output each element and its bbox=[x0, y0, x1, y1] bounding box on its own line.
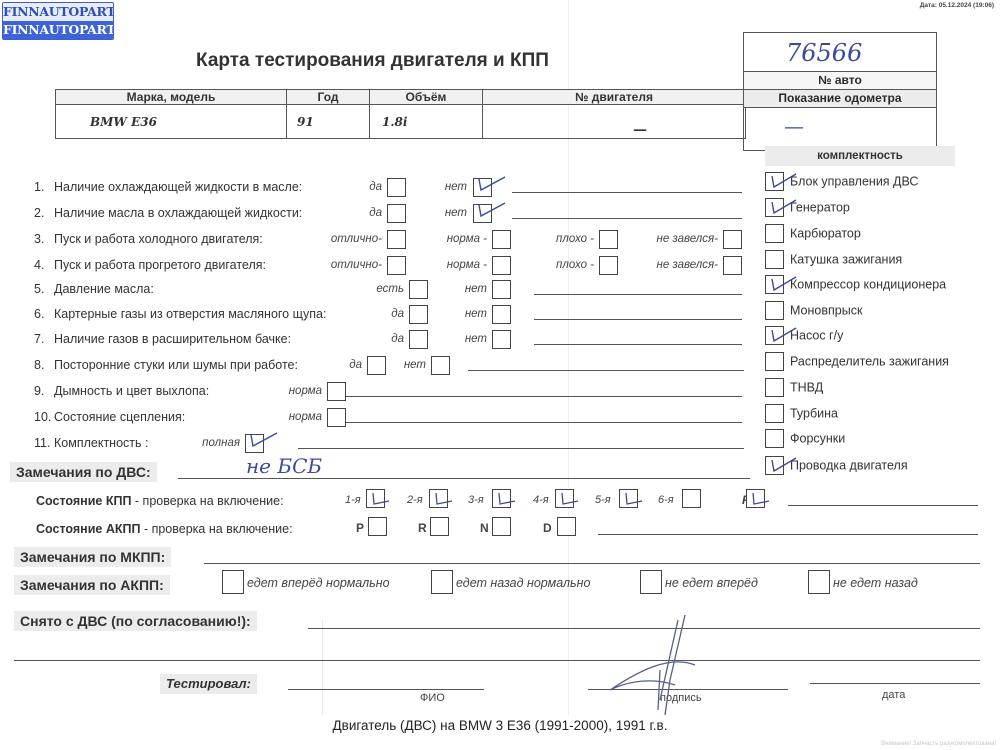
check-row: 1.Наличие охлаждающей жидкости в масле: bbox=[34, 177, 302, 197]
col-header-year: Год bbox=[287, 90, 370, 105]
check-row: 3.Пуск и работа холодного двигателя: bbox=[34, 229, 263, 249]
option-checkbox[interactable] bbox=[327, 408, 346, 427]
logo-line-2: FINNAUTOPARTS bbox=[3, 21, 113, 39]
komplektnost-checkbox[interactable] bbox=[765, 378, 784, 397]
odometer-cell: — bbox=[744, 108, 936, 150]
car-number-value: 76566 bbox=[786, 39, 862, 67]
check-number: 2. bbox=[34, 203, 54, 223]
option-label: есть bbox=[376, 279, 404, 299]
option-label: нет bbox=[404, 355, 426, 375]
akpp-remark-checkbox[interactable] bbox=[222, 570, 244, 594]
komplektnost-label: ТНВД bbox=[790, 381, 823, 395]
check-remarks-line[interactable] bbox=[468, 370, 744, 371]
gear-checkbox[interactable] bbox=[682, 489, 701, 508]
komplektnost-item[interactable]: Компрессор кондиционера bbox=[765, 274, 946, 294]
date-caption: дата bbox=[882, 689, 905, 701]
kpp-remarks-line bbox=[788, 505, 978, 506]
option-label: плохо - bbox=[556, 229, 594, 249]
check-row: 9.Дымность и цвет выхлопа: bbox=[34, 381, 209, 401]
option-checkbox[interactable] bbox=[387, 204, 406, 223]
remarks-akpp-label: Замечания по АКПП: bbox=[14, 575, 170, 595]
option-label: норма - bbox=[447, 255, 487, 275]
watermark: Внимание! Запчасть разукомплектована! bbox=[881, 741, 996, 747]
komplektnost-checkbox[interactable] bbox=[765, 326, 784, 345]
option-label: нет bbox=[465, 279, 487, 299]
komplektnost-checkbox[interactable] bbox=[765, 275, 784, 294]
option-checkbox[interactable] bbox=[245, 434, 264, 453]
check-label: Наличие масла в охлаждающей жидкости: bbox=[54, 206, 302, 220]
komplektnost-checkbox[interactable] bbox=[765, 224, 784, 243]
akpp-mode-checkbox[interactable] bbox=[430, 517, 449, 536]
odometer-label: Показание одометра bbox=[744, 90, 936, 108]
komplektnost-item[interactable]: Распределитель зажигания bbox=[765, 351, 949, 371]
date-line[interactable] bbox=[810, 683, 980, 684]
option-label: да bbox=[391, 304, 404, 324]
option-checkbox[interactable] bbox=[473, 204, 492, 223]
check-number: 1. bbox=[34, 177, 54, 197]
kpp-label-rest: - проверка на включение: bbox=[131, 494, 283, 508]
check-label: Пуск и работа прогретого двигателя: bbox=[54, 258, 266, 272]
check-number: 7. bbox=[34, 329, 54, 349]
check-remarks-line[interactable] bbox=[346, 396, 742, 397]
akpp-label-bold: Состояние АКПП bbox=[36, 522, 140, 536]
akpp-remarks-line bbox=[598, 534, 978, 535]
option-checkbox[interactable] bbox=[387, 230, 406, 249]
komplektnost-item[interactable]: Проводка двигателя bbox=[765, 455, 908, 475]
fio-line[interactable] bbox=[288, 689, 484, 690]
komplektnost-label: Карбюратор bbox=[790, 227, 861, 241]
check-row: 6.Картерные газы из отверстия масляного … bbox=[34, 304, 326, 324]
komplektnost-checkbox[interactable] bbox=[765, 404, 784, 423]
option-checkbox[interactable] bbox=[387, 178, 406, 197]
gear-label: 4-я bbox=[533, 490, 549, 510]
akpp-remark-checkbox[interactable] bbox=[808, 570, 830, 594]
gear-checkbox[interactable] bbox=[492, 489, 511, 508]
gear-label: 6-я bbox=[658, 490, 674, 510]
akpp-label-rest: - проверка на включение: bbox=[140, 522, 292, 536]
check-number: 8. bbox=[34, 355, 54, 375]
check-number: 9. bbox=[34, 381, 54, 401]
option-label: нет bbox=[465, 304, 487, 324]
akpp-mode-label: N bbox=[480, 518, 489, 538]
remarks-mkpp-line[interactable] bbox=[204, 563, 980, 564]
paper-fold bbox=[322, 620, 323, 715]
gear-label: 3-я bbox=[468, 490, 484, 510]
option-checkbox[interactable] bbox=[387, 256, 406, 275]
check-number: 11. bbox=[34, 433, 54, 453]
option-label: отлично- bbox=[331, 255, 382, 275]
option-label: нет bbox=[445, 177, 467, 197]
check-label: Дымность и цвет выхлопа: bbox=[54, 384, 209, 398]
komplektnost-item[interactable]: Генератор bbox=[765, 197, 850, 217]
option-label: нет bbox=[465, 329, 487, 349]
vehicle-info-table: Марка, модель Год Объём № двигателя BMW … bbox=[55, 89, 746, 139]
option-checkbox[interactable] bbox=[367, 356, 386, 375]
option-checkbox[interactable] bbox=[599, 230, 618, 249]
option-checkbox[interactable] bbox=[492, 330, 511, 349]
check-remarks-line[interactable] bbox=[512, 192, 742, 193]
check-row: 10.Состояние сцепления: bbox=[34, 407, 185, 427]
option-label: норма bbox=[289, 407, 322, 427]
option-checkbox[interactable] bbox=[327, 382, 346, 401]
option-label: да bbox=[369, 177, 382, 197]
logo-line-1: FINNAUTOPARTS bbox=[3, 3, 113, 21]
option-checkbox[interactable] bbox=[492, 280, 511, 299]
check-remarks-line[interactable] bbox=[534, 319, 742, 320]
akpp-remark-checkbox[interactable] bbox=[640, 570, 662, 594]
odometer-value: — bbox=[784, 114, 804, 138]
remarks-engine-line bbox=[178, 478, 750, 479]
option-checkbox[interactable] bbox=[409, 280, 428, 299]
gear-label: 1-я bbox=[345, 490, 361, 510]
brand-logo[interactable]: FINNAUTOPARTS FINNAUTOPARTS bbox=[2, 2, 114, 40]
option-checkbox[interactable] bbox=[409, 330, 428, 349]
komplektnost-label: Генератор bbox=[790, 201, 850, 215]
komplektnost-checkbox[interactable] bbox=[765, 429, 784, 448]
komplektnost-label: Компрессор кондиционера bbox=[790, 278, 946, 292]
option-checkbox[interactable] bbox=[473, 178, 492, 197]
check-label: Комплектность : bbox=[54, 436, 148, 450]
option-checkbox[interactable] bbox=[599, 256, 618, 275]
komplektnost-item[interactable]: Катушка зажигания bbox=[765, 249, 902, 269]
komplektnost-checkbox[interactable] bbox=[765, 301, 784, 320]
check-label: Давление масла: bbox=[54, 282, 154, 296]
check-label: Наличие газов в расширительном бачке: bbox=[54, 332, 291, 346]
check-label: Картерные газы из отверстия масляного щу… bbox=[54, 307, 326, 321]
komplektnost-checkbox[interactable] bbox=[765, 198, 784, 217]
option-label: не завелся- bbox=[656, 255, 718, 275]
remarks-mkpp-label: Замечания по МКПП: bbox=[14, 547, 171, 567]
option-checkbox[interactable] bbox=[492, 256, 511, 275]
page-title: Карта тестирования двигателя и КПП bbox=[196, 50, 549, 72]
check-remarks-line[interactable] bbox=[534, 294, 742, 295]
akpp-remark-label: не едет назад bbox=[833, 573, 918, 593]
datestamp: Дата: 05.12.2024 (19:06) bbox=[920, 2, 994, 9]
check-label: Состояние сцепления: bbox=[54, 410, 185, 424]
komplektnost-label: Катушка зажигания bbox=[790, 253, 902, 267]
check-remarks-line[interactable] bbox=[512, 218, 742, 219]
kpp-label-bold: Состояние КПП bbox=[36, 494, 131, 508]
akpp-mode-checkbox[interactable] bbox=[557, 517, 576, 536]
option-checkbox[interactable] bbox=[492, 305, 511, 324]
akpp-mode-label: R bbox=[418, 518, 427, 538]
check-label: Посторонние стуки или шумы при работе: bbox=[54, 358, 298, 372]
tested-label: Тестировал: bbox=[160, 674, 257, 694]
akpp-mode-checkbox[interactable] bbox=[492, 517, 511, 536]
check-label: Пуск и работа холодного двигателя: bbox=[54, 232, 263, 246]
akpp-remark-label: едет назад нормально bbox=[456, 573, 590, 593]
option-label: да bbox=[349, 355, 362, 375]
option-label: нет bbox=[445, 203, 467, 223]
option-label: норма bbox=[289, 381, 322, 401]
check-number: 6. bbox=[34, 304, 54, 324]
check-row: 5.Давление масла: bbox=[34, 279, 154, 299]
komplektnost-item[interactable]: Блок управления ДВС bbox=[765, 171, 918, 191]
akpp-remark-checkbox[interactable] bbox=[431, 570, 453, 594]
remarks-engine-value[interactable]: не БСБ bbox=[246, 454, 322, 478]
col-header-model: Марка, модель bbox=[56, 90, 287, 105]
check-number: 10. bbox=[34, 407, 54, 427]
option-label: норма - bbox=[447, 229, 487, 249]
engine-number-value: — bbox=[483, 105, 746, 139]
komplektnost-item[interactable]: Моновпрыск bbox=[765, 300, 862, 320]
akpp-remark-label: не едет вперёд bbox=[665, 573, 758, 593]
gear-label: 2-я bbox=[407, 490, 423, 510]
check-remarks-line[interactable] bbox=[346, 422, 742, 423]
option-checkbox[interactable] bbox=[723, 256, 742, 275]
kpp-label: Состояние КПП - проверка на включение: bbox=[36, 491, 284, 511]
check-number: 5. bbox=[34, 279, 54, 299]
check-row: 8.Посторонние стуки или шумы при работе: bbox=[34, 355, 298, 375]
gear-checkbox[interactable] bbox=[746, 489, 765, 508]
car-info-box: 76566 № авто Показание одометра — bbox=[743, 32, 937, 151]
check-label: Наличие охлаждающей жидкости в масле: bbox=[54, 180, 302, 194]
komplektnost-label: Моновпрыск bbox=[790, 304, 862, 318]
komplektnost-label: Турбина bbox=[790, 407, 838, 421]
year-value: 91 bbox=[287, 105, 370, 139]
fio-caption: ФИО bbox=[420, 692, 445, 704]
komplektnost-label: Насос г/у bbox=[790, 329, 843, 343]
option-checkbox[interactable] bbox=[431, 356, 450, 375]
option-label: да bbox=[369, 203, 382, 223]
check-remarks-line[interactable] bbox=[298, 448, 744, 449]
komplektnost-checkbox[interactable] bbox=[765, 352, 784, 371]
gear-checkbox[interactable] bbox=[366, 489, 385, 508]
gear-label: 5-я bbox=[595, 490, 611, 510]
option-label: полная bbox=[202, 433, 240, 453]
komplektnost-item[interactable]: Турбина bbox=[765, 403, 838, 423]
removed-line-2[interactable] bbox=[14, 660, 980, 661]
akpp-label: Состояние АКПП - проверка на включение: bbox=[36, 519, 293, 539]
photo-caption: Двигатель (ДВС) на BMW 3 E36 (1991-2000)… bbox=[0, 718, 1000, 733]
check-row: 7.Наличие газов в расширительном бачке: bbox=[34, 329, 291, 349]
check-row: 4.Пуск и работа прогретого двигателя: bbox=[34, 255, 266, 275]
gear-checkbox[interactable] bbox=[619, 489, 638, 508]
akpp-mode-checkbox[interactable] bbox=[368, 517, 387, 536]
col-header-engine-number: № двигателя bbox=[483, 90, 746, 105]
komplektnost-item[interactable]: ТНВД bbox=[765, 377, 823, 397]
option-label: отлично- bbox=[331, 229, 382, 249]
komplektnost-heading: комплектность bbox=[765, 146, 955, 166]
option-checkbox[interactable] bbox=[492, 230, 511, 249]
check-remarks-line[interactable] bbox=[534, 344, 742, 345]
remarks-engine-label: Замечания по ДВС: bbox=[10, 462, 157, 482]
car-number-cell: 76566 bbox=[744, 33, 936, 72]
komplektnost-checkbox[interactable] bbox=[765, 172, 784, 191]
check-number: 3. bbox=[34, 229, 54, 249]
komplektnost-item[interactable]: Форсунки bbox=[765, 428, 845, 448]
komplektnost-item[interactable]: Насос г/у bbox=[765, 325, 843, 345]
option-checkbox[interactable] bbox=[723, 230, 742, 249]
volume-value: 1.8i bbox=[370, 105, 483, 139]
check-row: 11.Комплектность : bbox=[34, 433, 148, 453]
option-checkbox[interactable] bbox=[409, 305, 428, 324]
removed-label: Снято с ДВС (по согласованию!): bbox=[14, 611, 257, 631]
col-header-volume: Объём bbox=[370, 90, 483, 105]
signature-scribble bbox=[600, 610, 710, 720]
option-label: плохо - bbox=[556, 255, 594, 275]
komplektnost-label: Распределитель зажигания bbox=[790, 355, 949, 369]
check-number: 4. bbox=[34, 255, 54, 275]
gear-checkbox[interactable] bbox=[429, 489, 448, 508]
komplektnost-label: Форсунки bbox=[790, 432, 845, 446]
komplektnost-item[interactable]: Карбюратор bbox=[765, 223, 861, 243]
option-label: да bbox=[391, 329, 404, 349]
gear-checkbox[interactable] bbox=[555, 489, 574, 508]
car-number-label: № авто bbox=[744, 72, 936, 90]
model-value: BMW E36 bbox=[56, 105, 287, 139]
akpp-mode-label: D bbox=[543, 518, 552, 538]
komplektnost-label: Блок управления ДВС bbox=[790, 175, 918, 189]
option-label: не завелся- bbox=[656, 229, 718, 249]
check-row: 2.Наличие масла в охлаждающей жидкости: bbox=[34, 203, 302, 223]
komplektnost-label: Проводка двигателя bbox=[790, 459, 908, 473]
komplektnost-checkbox[interactable] bbox=[765, 456, 784, 475]
komplektnost-checkbox[interactable] bbox=[765, 250, 784, 269]
akpp-mode-label: P bbox=[356, 518, 364, 538]
akpp-remark-label: едет вперёд нормально bbox=[247, 573, 390, 593]
